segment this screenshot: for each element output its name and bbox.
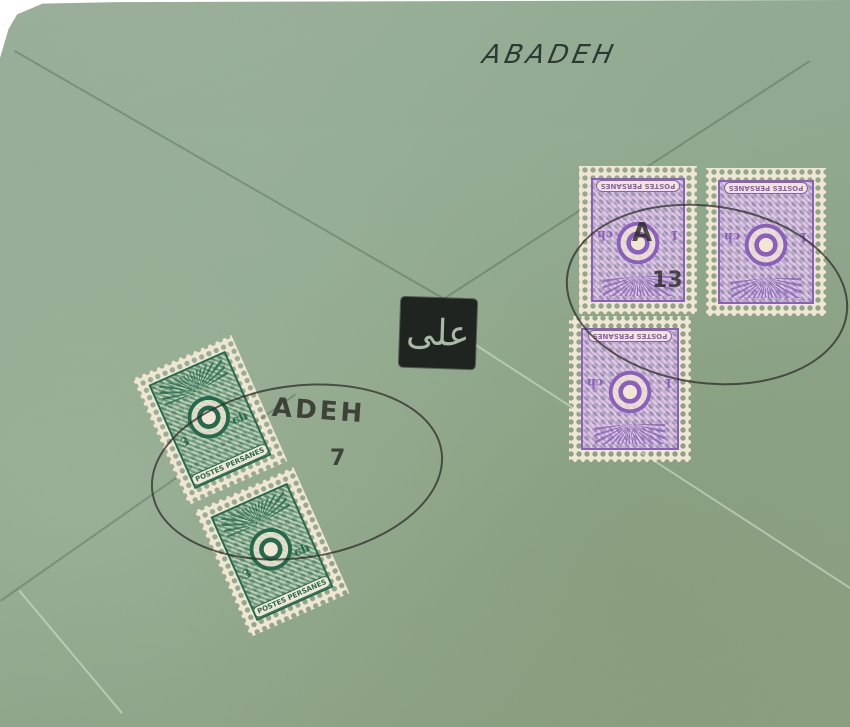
postmark-left-date: 7 [330,446,345,471]
postmark-right-letter: A [632,218,652,248]
postmark-left-town: ADEH [271,393,366,429]
postmark-right-date: 13 [652,268,683,293]
black-seal: علی [399,297,477,370]
sun-rays-icon [595,424,665,444]
handwritten-town-name: ABADEH [480,40,620,70]
stamp-currency: ch [587,376,603,390]
lion-and-sun-emblem-icon [603,365,657,419]
stamp-inscription: POSTES PERSANES [724,182,809,194]
seal-calligraphy: علی [399,297,477,370]
stamp-inscription: POSTES PERSANES [596,180,681,192]
